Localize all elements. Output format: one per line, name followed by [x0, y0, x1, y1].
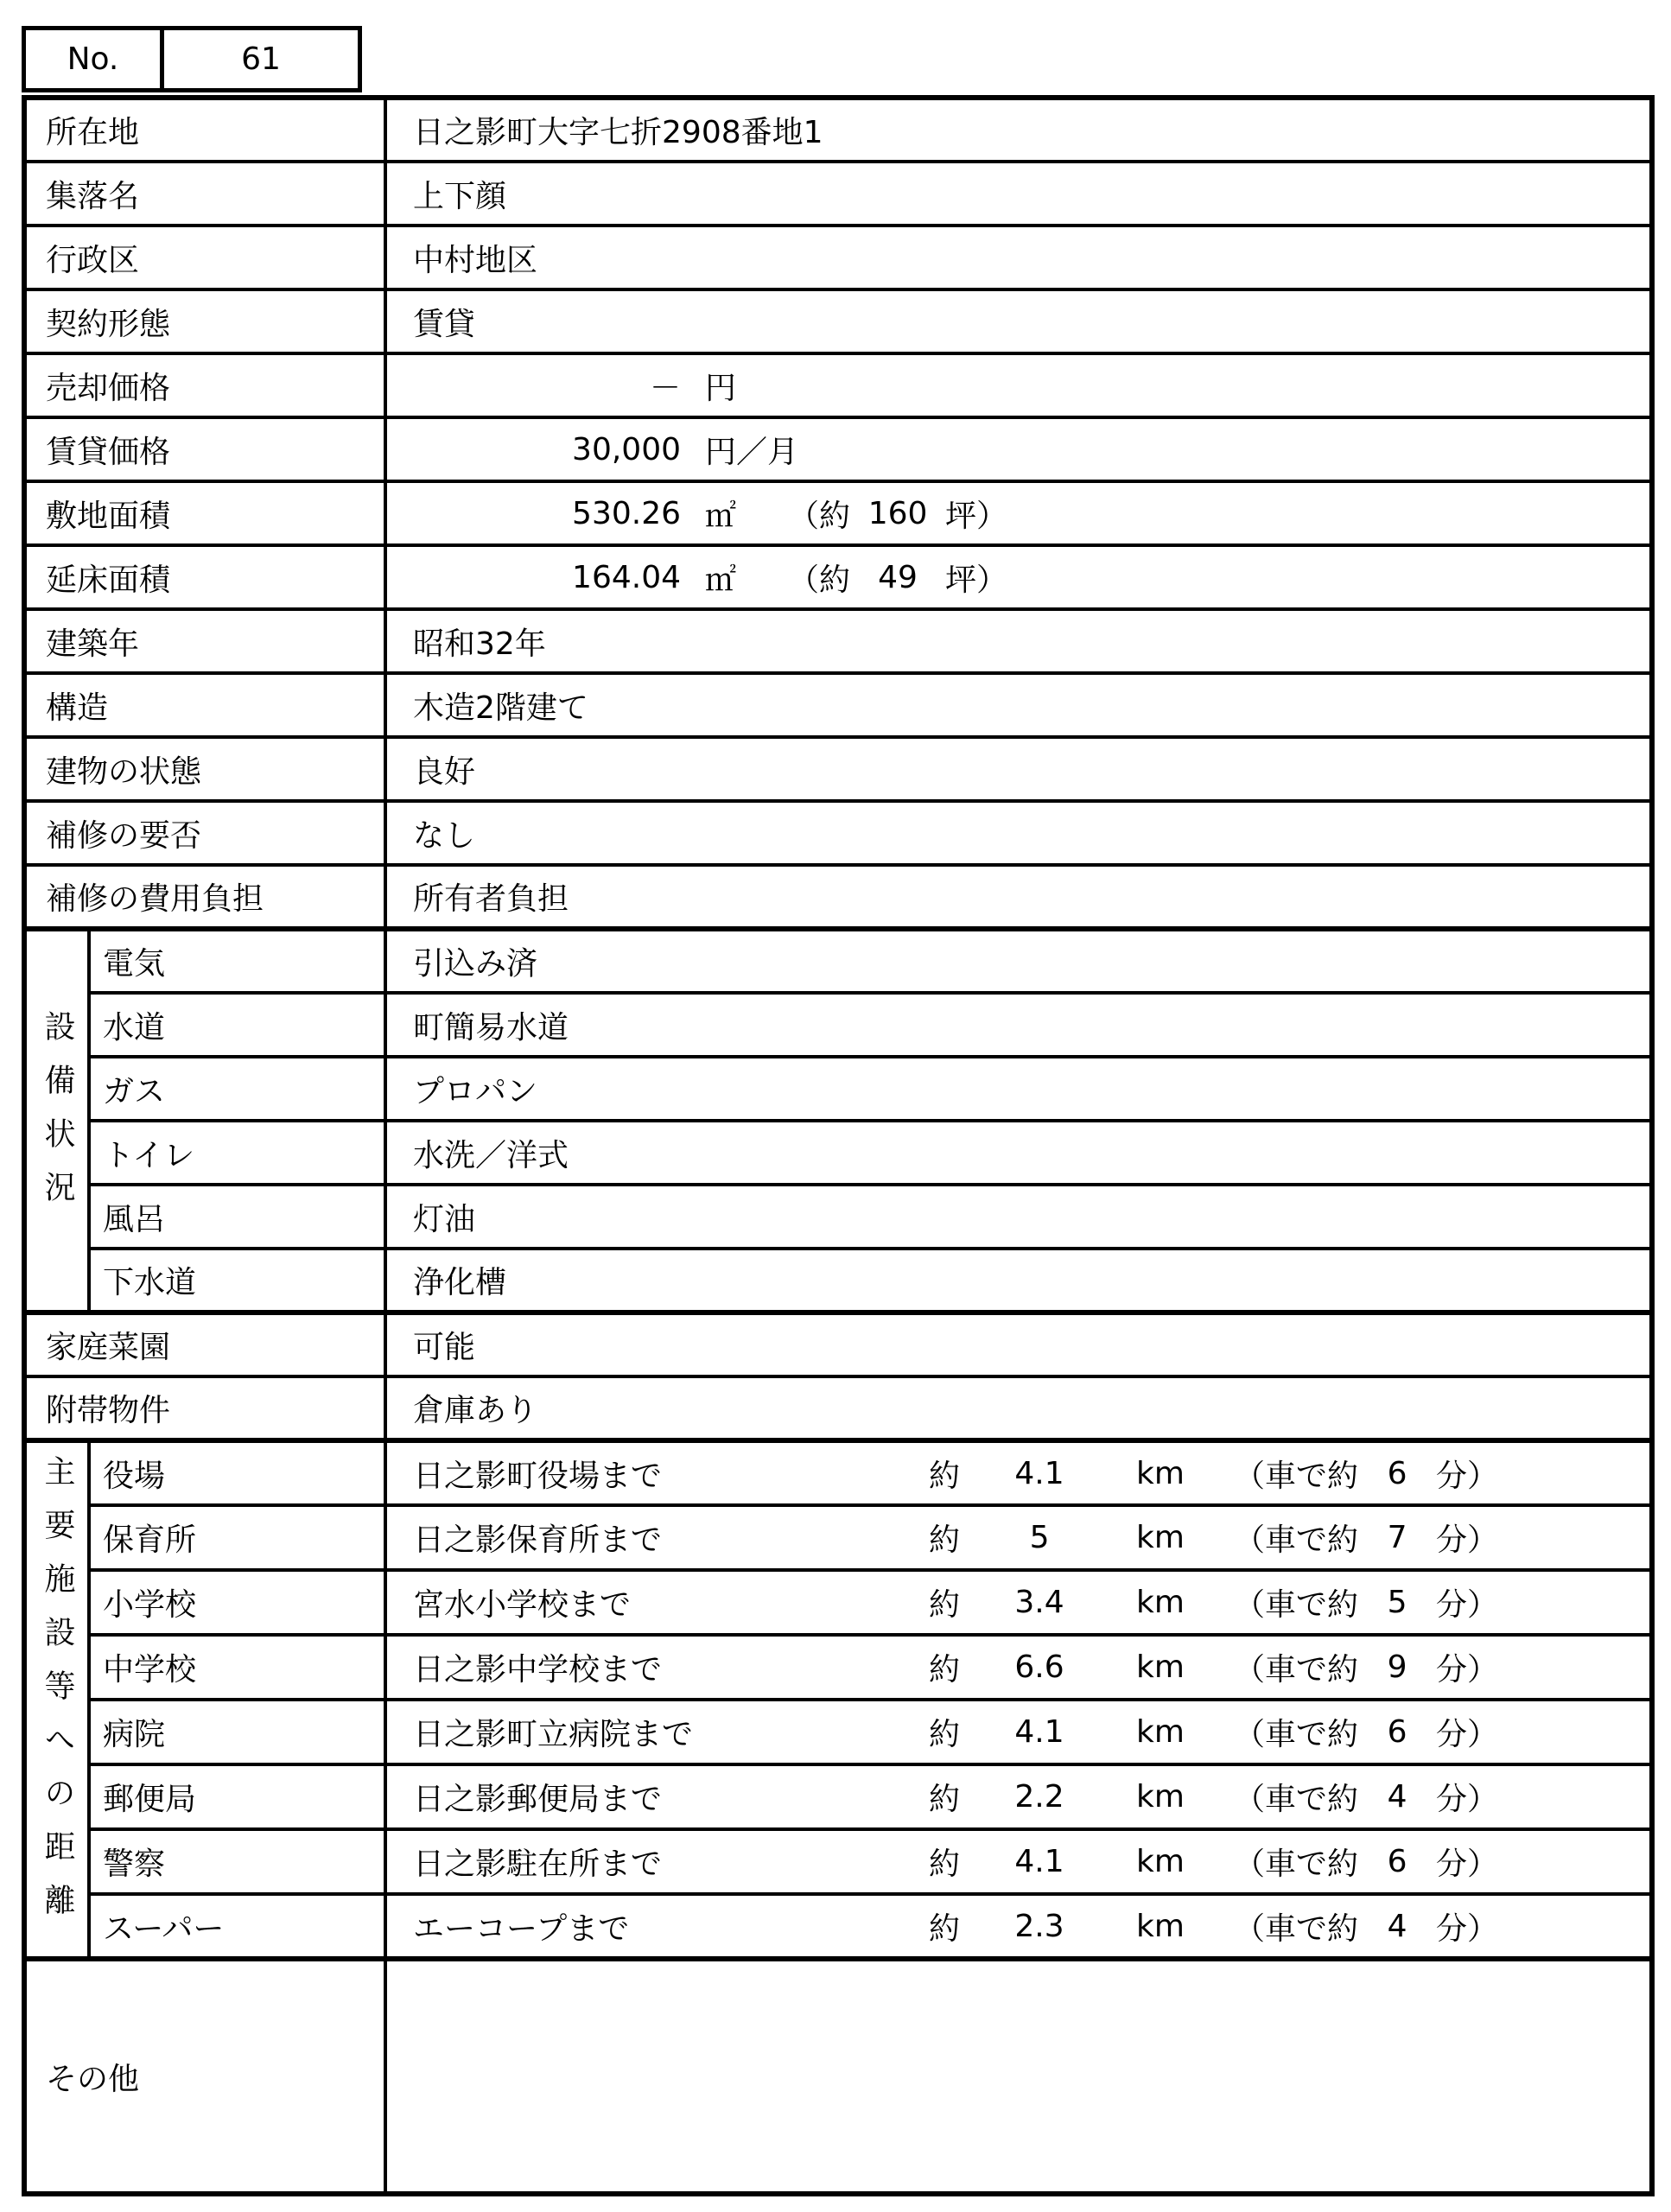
elementary-school-label: 小学校 — [89, 1570, 385, 1635]
electricity-label: 電気 — [89, 929, 385, 993]
approx-label: 約 — [914, 1645, 975, 1689]
row-settlement: 集落名 上下顔 — [24, 162, 1652, 226]
km-label: km — [1104, 1779, 1217, 1815]
sale-price-value: － 円 — [385, 353, 1652, 417]
row-hospital: 病院 日之影町立病院まで 約 4.1 km （車で約 6 分） — [24, 1700, 1652, 1764]
built-year-value: 昭和32年 — [385, 609, 1652, 673]
row-sewage: 下水道 浄化槽 — [24, 1249, 1652, 1313]
land-area-approx-open: （約 — [788, 492, 850, 536]
row-structure: 構造 木造2階建て — [24, 673, 1652, 737]
listing-number-label: No. — [24, 29, 162, 91]
police-destination: 日之影駐在所まで — [413, 1840, 914, 1884]
floor-area-value: 164.04 ㎡ （約 49 坪） — [385, 545, 1652, 609]
land-area-number: 530.26 — [413, 496, 681, 531]
row-garden: 家庭菜園 可能 — [24, 1313, 1652, 1376]
hospital-label: 病院 — [89, 1700, 385, 1764]
km-label: km — [1104, 1649, 1217, 1685]
car-suffix: 分） — [1436, 1516, 1498, 1560]
sewage-label: 下水道 — [89, 1249, 385, 1313]
town-hall-line: 日之影町役場まで 約 4.1 km （車で約 6 分） — [413, 1452, 1649, 1496]
garden-value: 可能 — [385, 1313, 1652, 1376]
hospital-distance: 4.1 — [975, 1714, 1104, 1750]
approx-label: 約 — [914, 1452, 975, 1496]
facilities-section-header: 主要施設等への距離 — [24, 1440, 89, 1959]
row-post-office: 郵便局 日之影郵便局まで 約 2.2 km （車で約 4 分） — [24, 1764, 1652, 1829]
approx-label: 約 — [914, 1580, 975, 1624]
km-label: km — [1104, 1520, 1217, 1555]
post-office-label: 郵便局 — [89, 1764, 385, 1829]
repair-needed-label: 補修の要否 — [24, 801, 385, 865]
row-rent-price: 賃貸価格 30,000 円／月 — [24, 417, 1652, 481]
row-elementary-school: 小学校 宮水小学校まで 約 3.4 km （車で約 5 分） — [24, 1570, 1652, 1635]
row-nursery: 保育所 日之影保育所まで 約 5 km （車で約 7 分） — [24, 1505, 1652, 1570]
location-label: 所在地 — [24, 98, 385, 162]
district-value: 中村地区 — [385, 226, 1652, 289]
district-label: 行政区 — [24, 226, 385, 289]
utilities-section-label: 設備状況 — [41, 1010, 73, 1224]
row-repair-cost: 補修の費用負担 所有者負担 — [24, 865, 1652, 929]
rent-price-line: 30,000 円／月 — [413, 428, 1649, 472]
row-bath: 風呂 灯油 — [24, 1185, 1652, 1249]
nursery-minutes: 7 — [1358, 1520, 1436, 1555]
row-electricity: 設備状況 電気 引込み済 — [24, 929, 1652, 993]
police-line: 日之影駐在所まで 約 4.1 km （車で約 6 分） — [413, 1840, 1649, 1884]
approx-label: 約 — [914, 1516, 975, 1560]
km-label: km — [1104, 1714, 1217, 1750]
row-other: その他 — [24, 1959, 1652, 2194]
floor-area-approx-open: （約 — [788, 556, 850, 600]
row-location: 所在地 日之影町大字七折2908番地1 — [24, 98, 1652, 162]
junior-high-school-distance: 6.6 — [975, 1649, 1104, 1685]
structure-label: 構造 — [24, 673, 385, 737]
hospital-minutes: 6 — [1358, 1714, 1436, 1750]
floor-area-approx-value: 49 — [850, 560, 945, 595]
toilet-label: トイレ — [89, 1121, 385, 1185]
land-area-value: 530.26 ㎡ （約 160 坪） — [385, 481, 1652, 545]
land-area-approx-value: 160 — [850, 496, 945, 531]
row-supermarket: スーパー エーコープまで 約 2.3 km （車で約 4 分） — [24, 1894, 1652, 1959]
land-area-line: 530.26 ㎡ （約 160 坪） — [413, 492, 1649, 536]
gas-label: ガス — [89, 1057, 385, 1121]
nursery-distance: 5 — [975, 1520, 1104, 1555]
contract-type-value: 賃貸 — [385, 289, 1652, 353]
police-distance: 4.1 — [975, 1844, 1104, 1879]
post-office-distance: 2.2 — [975, 1779, 1104, 1815]
bath-label: 風呂 — [89, 1185, 385, 1249]
electricity-value: 引込み済 — [385, 929, 1652, 993]
hospital-destination: 日之影町立病院まで — [413, 1710, 914, 1754]
row-police: 警察 日之影駐在所まで 約 4.1 km （車で約 6 分） — [24, 1829, 1652, 1894]
car-suffix: 分） — [1436, 1710, 1498, 1754]
police-minutes: 6 — [1358, 1844, 1436, 1879]
row-repair-needed: 補修の要否 なし — [24, 801, 1652, 865]
built-year-label: 建築年 — [24, 609, 385, 673]
land-area-approx-group: （約 160 坪） — [788, 492, 1007, 536]
settlement-label: 集落名 — [24, 162, 385, 226]
nursery-destination: 日之影保育所まで — [413, 1516, 914, 1560]
row-condition: 建物の状態 良好 — [24, 737, 1652, 801]
rent-price-value: 30,000 円／月 — [385, 417, 1652, 481]
land-area-approx-close: 坪） — [945, 492, 1007, 536]
listing-number-box: No. 61 — [22, 26, 362, 92]
repair-cost-value: 所有者負担 — [385, 865, 1652, 929]
elementary-school-destination: 宮水小学校まで — [413, 1580, 914, 1624]
row-junior-high-school: 中学校 日之影中学校まで 約 6.6 km （車で約 9 分） — [24, 1635, 1652, 1700]
supermarket-value: エーコープまで 約 2.3 km （車で約 4 分） — [385, 1894, 1652, 1959]
floor-area-line: 164.04 ㎡ （約 49 坪） — [413, 556, 1649, 600]
junior-high-school-line: 日之影中学校まで 約 6.6 km （車で約 9 分） — [413, 1645, 1649, 1689]
supermarket-distance: 2.3 — [975, 1909, 1104, 1944]
rent-price-unit: 円／月 — [705, 428, 798, 472]
car-prefix: （車で約 — [1234, 1710, 1358, 1754]
row-gas: ガス プロパン — [24, 1057, 1652, 1121]
water-label: 水道 — [89, 993, 385, 1057]
elementary-school-line: 宮水小学校まで 約 3.4 km （車で約 5 分） — [413, 1580, 1649, 1624]
hospital-value: 日之影町立病院まで 約 4.1 km （車で約 6 分） — [385, 1700, 1652, 1764]
car-prefix: （車で約 — [1234, 1516, 1358, 1560]
junior-high-school-minutes: 9 — [1358, 1649, 1436, 1685]
location-value: 日之影町大字七折2908番地1 — [385, 98, 1652, 162]
junior-high-school-car-time: （車で約 9 分） — [1234, 1645, 1498, 1689]
car-suffix: 分） — [1436, 1904, 1498, 1948]
attached-property-label: 附帯物件 — [24, 1376, 385, 1440]
listing-number-row: No. 61 — [24, 29, 360, 91]
listing-number-value: 61 — [162, 29, 360, 91]
attached-property-value: 倉庫あり — [385, 1376, 1652, 1440]
nursery-line: 日之影保育所まで 約 5 km （車で約 7 分） — [413, 1516, 1649, 1560]
km-label: km — [1104, 1909, 1217, 1944]
car-prefix: （車で約 — [1234, 1775, 1358, 1819]
row-attached-property: 附帯物件 倉庫あり — [24, 1376, 1652, 1440]
supermarket-minutes: 4 — [1358, 1909, 1436, 1944]
garden-label: 家庭菜園 — [24, 1313, 385, 1376]
floor-area-approx-close: 坪） — [945, 556, 1007, 600]
car-prefix: （車で約 — [1234, 1452, 1358, 1496]
row-district: 行政区 中村地区 — [24, 226, 1652, 289]
elementary-school-distance: 3.4 — [975, 1585, 1104, 1620]
water-value: 町簡易水道 — [385, 993, 1652, 1057]
other-label: その他 — [24, 1959, 385, 2194]
facilities-section-label: 主要施設等への距離 — [41, 1455, 73, 1937]
property-sheet-page: No. 61 所在地 日之影町大字七折2908番地1 集落名 上下顔 行政区 中… — [0, 0, 1671, 2212]
km-label: km — [1104, 1456, 1217, 1491]
floor-area-unit: ㎡ — [705, 556, 736, 600]
row-land-area: 敷地面積 530.26 ㎡ （約 160 坪） — [24, 481, 1652, 545]
property-fact-table: 所在地 日之影町大字七折2908番地1 集落名 上下顔 行政区 中村地区 契約形… — [22, 95, 1655, 2196]
toilet-value: 水洗／洋式 — [385, 1121, 1652, 1185]
hospital-line: 日之影町立病院まで 約 4.1 km （車で約 6 分） — [413, 1710, 1649, 1754]
junior-high-school-label: 中学校 — [89, 1635, 385, 1700]
contract-type-label: 契約形態 — [24, 289, 385, 353]
post-office-line: 日之影郵便局まで 約 2.2 km （車で約 4 分） — [413, 1775, 1649, 1819]
approx-label: 約 — [914, 1840, 975, 1884]
hospital-car-time: （車で約 6 分） — [1234, 1710, 1498, 1754]
town-hall-distance: 4.1 — [975, 1456, 1104, 1491]
post-office-destination: 日之影郵便局まで — [413, 1775, 914, 1819]
supermarket-destination: エーコープまで — [413, 1904, 914, 1948]
car-prefix: （車で約 — [1234, 1904, 1358, 1948]
car-suffix: 分） — [1436, 1452, 1498, 1496]
bath-value: 灯油 — [385, 1185, 1652, 1249]
elementary-school-value: 宮水小学校まで 約 3.4 km （車で約 5 分） — [385, 1570, 1652, 1635]
police-value: 日之影駐在所まで 約 4.1 km （車で約 6 分） — [385, 1829, 1652, 1894]
police-label: 警察 — [89, 1829, 385, 1894]
land-area-unit: ㎡ — [705, 492, 736, 536]
gas-value: プロパン — [385, 1057, 1652, 1121]
sewage-value: 浄化槽 — [385, 1249, 1652, 1313]
row-town-hall: 主要施設等への距離 役場 日之影町役場まで 約 4.1 km （車で約 6 分） — [24, 1440, 1652, 1505]
elementary-school-car-time: （車で約 5 分） — [1234, 1580, 1498, 1624]
km-label: km — [1104, 1844, 1217, 1879]
nursery-value: 日之影保育所まで 約 5 km （車で約 7 分） — [385, 1505, 1652, 1570]
police-car-time: （車で約 6 分） — [1234, 1840, 1498, 1884]
rent-price-label: 賃貸価格 — [24, 417, 385, 481]
town-hall-value: 日之影町役場まで 約 4.1 km （車で約 6 分） — [385, 1440, 1652, 1505]
settlement-value: 上下顔 — [385, 162, 1652, 226]
car-suffix: 分） — [1436, 1580, 1498, 1624]
sale-price-unit: 円 — [705, 364, 736, 408]
post-office-car-time: （車で約 4 分） — [1234, 1775, 1498, 1819]
row-toilet: トイレ 水洗／洋式 — [24, 1121, 1652, 1185]
town-hall-label: 役場 — [89, 1440, 385, 1505]
car-suffix: 分） — [1436, 1840, 1498, 1884]
sale-price-number: － — [413, 364, 681, 408]
town-hall-destination: 日之影町役場まで — [413, 1452, 914, 1496]
nursery-label: 保育所 — [89, 1505, 385, 1570]
repair-needed-value: なし — [385, 801, 1652, 865]
utilities-section-header: 設備状況 — [24, 929, 89, 1313]
row-sale-price: 売却価格 － 円 — [24, 353, 1652, 417]
approx-label: 約 — [914, 1775, 975, 1819]
town-hall-car-time: （車で約 6 分） — [1234, 1452, 1498, 1496]
other-value — [385, 1959, 1652, 2194]
row-built-year: 建築年 昭和32年 — [24, 609, 1652, 673]
town-hall-minutes: 6 — [1358, 1456, 1436, 1491]
land-area-label: 敷地面積 — [24, 481, 385, 545]
approx-label: 約 — [914, 1710, 975, 1754]
supermarket-car-time: （車で約 4 分） — [1234, 1904, 1498, 1948]
rent-price-number: 30,000 — [413, 432, 681, 467]
car-suffix: 分） — [1436, 1775, 1498, 1819]
structure-value: 木造2階建て — [385, 673, 1652, 737]
car-prefix: （車で約 — [1234, 1840, 1358, 1884]
elementary-school-minutes: 5 — [1358, 1585, 1436, 1620]
car-suffix: 分） — [1436, 1645, 1498, 1689]
floor-area-label: 延床面積 — [24, 545, 385, 609]
sale-price-line: － 円 — [413, 364, 1649, 408]
condition-label: 建物の状態 — [24, 737, 385, 801]
floor-area-approx-group: （約 49 坪） — [788, 556, 1007, 600]
row-water: 水道 町簡易水道 — [24, 993, 1652, 1057]
post-office-value: 日之影郵便局まで 約 2.2 km （車で約 4 分） — [385, 1764, 1652, 1829]
supermarket-line: エーコープまで 約 2.3 km （車で約 4 分） — [413, 1904, 1649, 1948]
row-contract-type: 契約形態 賃貸 — [24, 289, 1652, 353]
repair-cost-label: 補修の費用負担 — [24, 865, 385, 929]
car-prefix: （車で約 — [1234, 1645, 1358, 1689]
junior-high-school-value: 日之影中学校まで 約 6.6 km （車で約 9 分） — [385, 1635, 1652, 1700]
supermarket-label: スーパー — [89, 1894, 385, 1959]
sale-price-label: 売却価格 — [24, 353, 385, 417]
junior-high-school-destination: 日之影中学校まで — [413, 1645, 914, 1689]
condition-value: 良好 — [385, 737, 1652, 801]
row-floor-area: 延床面積 164.04 ㎡ （約 49 坪） — [24, 545, 1652, 609]
post-office-minutes: 4 — [1358, 1779, 1436, 1815]
km-label: km — [1104, 1585, 1217, 1620]
car-prefix: （車で約 — [1234, 1580, 1358, 1624]
floor-area-number: 164.04 — [413, 560, 681, 595]
approx-label: 約 — [914, 1904, 975, 1948]
nursery-car-time: （車で約 7 分） — [1234, 1516, 1498, 1560]
